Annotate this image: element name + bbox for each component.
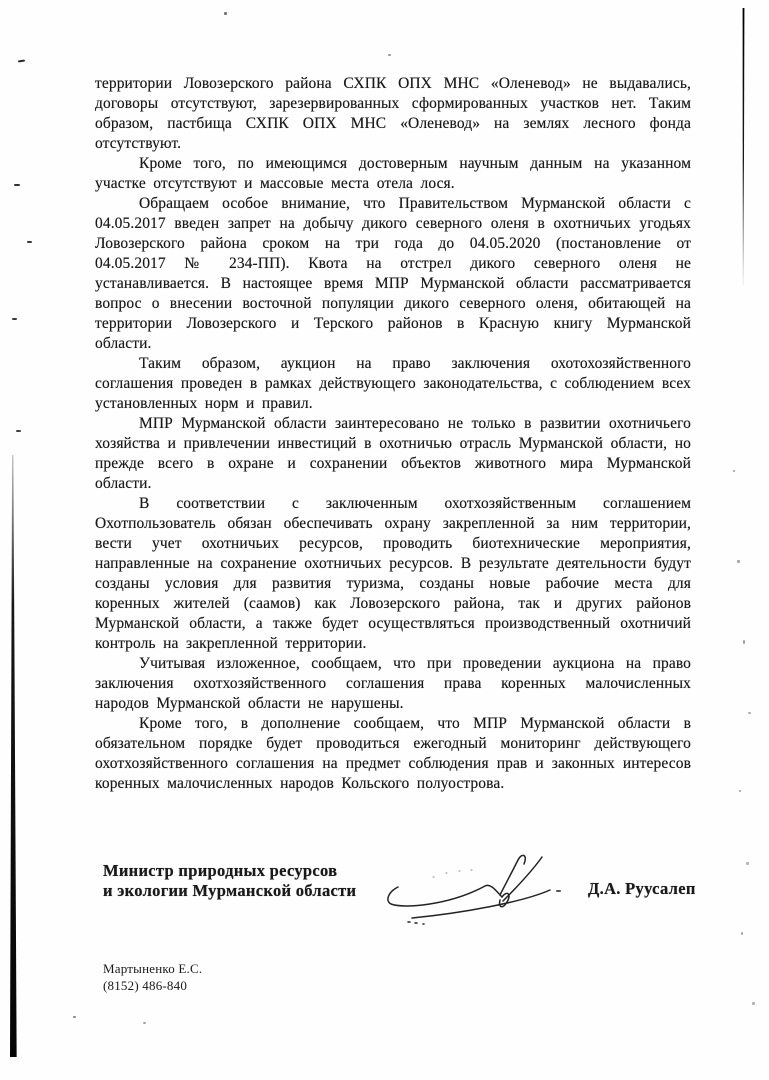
scan-speckle [741, 932, 743, 935]
paragraph-5: МПР Мурманской области заинтересовано не… [95, 414, 691, 494]
scan-speckle [224, 12, 227, 15]
scan-speckle [73, 1016, 76, 1018]
scan-artifact-right-line [742, 8, 745, 286]
scan-speckle [18, 60, 25, 63]
executor-phone: (8152) 486-840 [103, 977, 202, 994]
scan-speckle [556, 890, 561, 892]
scan-speckle [143, 1022, 146, 1024]
scan-speckle [737, 560, 740, 563]
scan-speckle [12, 318, 17, 320]
scan-speckle [752, 1002, 755, 1005]
paragraph-4: Таким образом, аукцион на право заключен… [95, 354, 691, 414]
scan-speckle [388, 54, 391, 56]
signature-scrawl-icon [378, 840, 578, 940]
scan-speckle [743, 640, 745, 644]
scan-speckle [748, 712, 751, 714]
signatory-name: Д.А. Руусалеп [588, 879, 696, 899]
paragraph-8: Кроме того, в дополнение сообщаем, что М… [95, 714, 691, 794]
scan-speckle [14, 184, 20, 186]
paragraph-1: территории Ловозерского района СХПК ОПХ … [95, 74, 691, 154]
scan-speckle [746, 862, 749, 865]
paragraph-2: Кроме того, по имеющимся достоверным нау… [95, 154, 691, 194]
signatory-title-line2: и экологии Мурманской области [103, 881, 356, 901]
executor-contact: Мартыненко Е.С. (8152) 486-840 [103, 960, 202, 994]
executor-name: Мартыненко Е.С. [103, 960, 202, 977]
scan-speckle [733, 470, 735, 472]
scan-speckle [739, 790, 741, 792]
paragraph-3: Обращаем особое внимание, что Правительс… [95, 194, 691, 354]
document-page: территории Ловозерского района СХПК ОПХ … [0, 0, 769, 1080]
signatory-title: Министр природных ресурсов и экологии Му… [103, 861, 356, 900]
paragraph-7: Учитывая изложенное, сообщаем, что при п… [95, 654, 691, 714]
scan-artifact-left-line [10, 455, 17, 1057]
signatory-title-line1: Министр природных ресурсов [103, 861, 356, 881]
paragraph-6: В соответствии с заключенным охотхозяйст… [95, 494, 691, 654]
letter-body: территории Ловозерского района СХПК ОПХ … [95, 74, 691, 794]
scan-speckle [27, 241, 32, 243]
scan-speckle [16, 430, 21, 432]
